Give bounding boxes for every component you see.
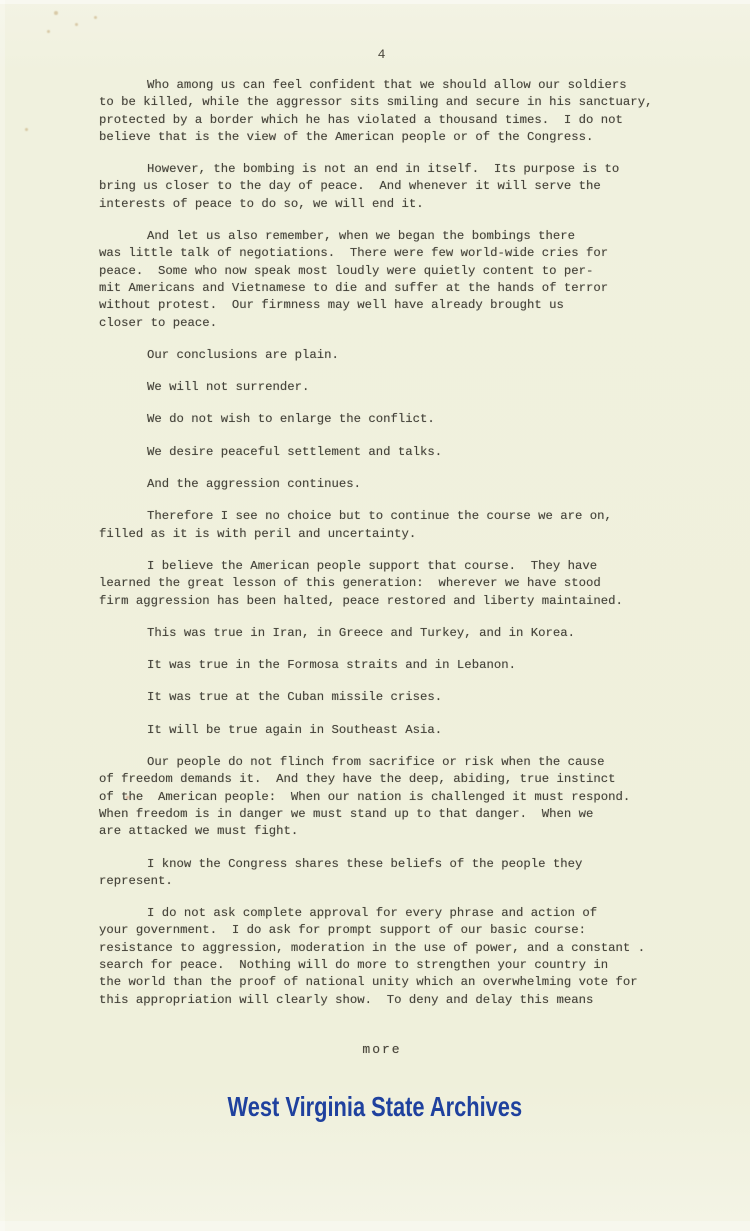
paragraph: And let us also remember, when we began … — [99, 228, 699, 332]
archive-watermark-label: West Virginia State Archives — [228, 1091, 523, 1123]
scan-edge-bottom — [0, 1221, 750, 1231]
paragraph: We desire peaceful settlement and talks. — [99, 444, 699, 461]
stain-speck — [94, 16, 97, 19]
paragraph: However, the bombing is not an end in it… — [99, 161, 699, 213]
paragraph: And the aggression continues. — [99, 476, 699, 493]
page-number: 4 — [99, 47, 665, 62]
paragraph: I know the Congress shares these beliefs… — [99, 856, 699, 891]
continuation-marker: more — [99, 1042, 665, 1057]
paragraph: Our conclusions are plain. — [99, 347, 699, 364]
paragraph: It was true at the Cuban missile crises. — [99, 689, 699, 706]
paragraph: It was true in the Formosa straits and i… — [99, 657, 699, 674]
paragraph: We do not wish to enlarge the conflict. — [99, 411, 699, 428]
paragraph: This was true in Iran, in Greece and Tur… — [99, 625, 699, 642]
paragraph: I believe the American people support th… — [99, 558, 699, 610]
scan-edge-left — [0, 0, 5, 1231]
document-body: Who among us can feel confident that we … — [99, 77, 699, 1024]
paragraph: Who among us can feel confident that we … — [99, 77, 699, 146]
stain-speck — [54, 11, 58, 15]
paragraph: I do not ask complete approval for every… — [99, 905, 699, 1009]
paragraph: It will be true again in Southeast Asia. — [99, 722, 699, 739]
stain-speck — [25, 128, 28, 131]
document-page: 4 Who among us can feel confident that w… — [0, 0, 750, 1231]
paragraph: Therefore I see no choice but to continu… — [99, 508, 699, 543]
scan-edge-top — [0, 0, 750, 4]
paragraph: We will not surrender. — [99, 379, 699, 396]
paragraph: Our people do not flinch from sacrifice … — [99, 754, 699, 840]
stain-speck — [75, 23, 78, 26]
stain-speck — [47, 30, 50, 33]
archive-watermark: West Virginia State Archives — [0, 1091, 750, 1123]
